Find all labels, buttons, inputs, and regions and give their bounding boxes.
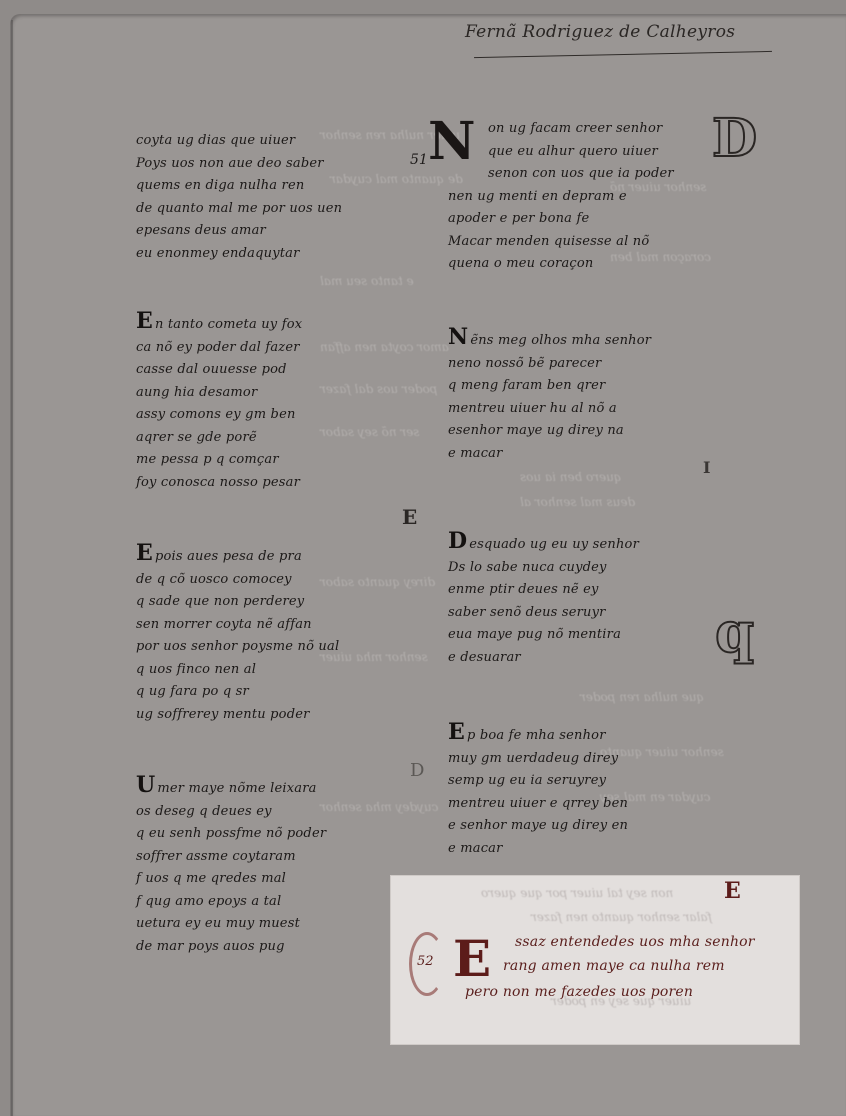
illuminated-initial-red: E: [453, 934, 491, 984]
verse-line: de q cõ uosco comocey: [136, 569, 339, 592]
verse-line: p boa fe mha senhor: [467, 728, 606, 743]
verse-line: coyta ug dias que uiuer: [136, 130, 342, 153]
verse-line: mer maye nõme leixara: [157, 781, 316, 796]
verse-line: soffrer assme coytaram: [136, 846, 326, 869]
verse-line: os deseg q deues ey: [136, 801, 326, 824]
stanza-left-1: coyta ug dias que uiuer Poys uos non aue…: [136, 130, 342, 265]
verse-line: epesans deus amar: [136, 220, 342, 243]
verse-line: pois aues pesa de pra: [155, 549, 302, 564]
verse-line: eua maye pug nõ mentira: [448, 624, 639, 647]
stanza-right-3: Desquado ug eu uy senhor Ds lo sabe nuca…: [448, 532, 639, 669]
initial-letter: D: [448, 532, 467, 550]
verse-line: q meng faram ben qrer: [448, 375, 651, 398]
verse-line: ssaz entendedes uos mha senhor: [515, 934, 755, 950]
stanza-right-1: N on ug facam creer senhor que eu alhur …: [448, 118, 674, 276]
guide-letter-red: E: [724, 878, 741, 904]
folio-number: 51: [410, 152, 428, 168]
verse-line: sen morrer coyta nẽ affan: [136, 614, 339, 637]
verse-line: f qug amo epoys a tal: [136, 891, 326, 914]
verse-line: ug soffrerey mentu poder: [136, 704, 339, 727]
verse-line: senon con uos que ia poder: [448, 163, 674, 186]
verse-line: apoder e per bona fe: [448, 208, 674, 231]
verse-line: que eu alhur quero uiuer: [448, 141, 674, 164]
verse-line: ẽns meg olhos mha senhor: [470, 333, 651, 348]
guide-letter-d: D: [712, 108, 757, 169]
highlighted-region: non sey tal uiuer por que quero falar se…: [390, 875, 800, 1045]
verse-line: aqrer se gde porẽ: [136, 427, 302, 450]
verse-line: assy comons ey gm ben: [136, 404, 302, 427]
verse-line: foy conosca nosso pesar: [136, 472, 302, 495]
verse-line: Ds lo sabe nuca cuydey: [448, 557, 639, 580]
verse-line: neno nossõ bẽ parecer: [448, 353, 651, 376]
page-edge: [11, 20, 13, 1116]
verse-line: Macar menden quisesse al nõ: [448, 231, 674, 254]
stanza-right-2: Nẽns meg olhos mha senhor neno nossõ bẽ …: [448, 328, 651, 465]
verse-line: muy gm uerdadeug direy: [448, 748, 628, 771]
guide-letter-q: q: [715, 600, 754, 666]
verse-line: e senhor maye ug direy en: [448, 815, 628, 838]
verse-line: mentreu uiuer hu al nõ a: [448, 398, 651, 421]
verse-line: saber senõ deus seruyr: [448, 602, 639, 625]
initial-letter: N: [448, 328, 468, 346]
verse-line: semp ug eu ia seruyrey: [448, 770, 628, 793]
verse-line: eu enonmey endaquytar: [136, 243, 342, 266]
guide-letter-i: I: [703, 458, 710, 477]
verse-line: q ug fara po q sr: [136, 681, 339, 704]
verse-line: por uos senhor poysme nõ ual: [136, 636, 339, 659]
verse-line: aung hia desamor: [136, 382, 302, 405]
verse-line: esenhor maye ug direy na: [448, 420, 651, 443]
verse-line: de quanto mal me por uos uen: [136, 198, 342, 221]
verse-line: pero non me fazedes uos poren: [465, 984, 693, 1000]
verse-line: me pessa p q comçar: [136, 449, 302, 472]
verse-line: uetura ey eu muy muest: [136, 913, 326, 936]
verse-line: mentreu uiuer e qrrey ben: [448, 793, 628, 816]
verse-line: e macar: [448, 443, 651, 466]
verse-line: quems en diga nulha ren: [136, 175, 342, 198]
verse-line: n tanto cometa uy fox: [155, 317, 302, 332]
author-heading: Fernã Rodriguez de Calheyros: [465, 22, 735, 42]
verse-line: e desuarar: [448, 647, 639, 670]
initial-letter: E: [448, 723, 465, 741]
initial-letter: E: [136, 312, 153, 330]
verse-line: rang amen maye ca nulha rem: [503, 958, 725, 974]
verse-line: enme ptir deues nẽ ey: [448, 579, 639, 602]
verse-line: f uos q me qredes mal: [136, 868, 326, 891]
verse-line: casse dal ouuesse pod: [136, 359, 302, 382]
verse-line: nen ug menti en depram e: [448, 186, 674, 209]
verse-line: Poys uos non aue deo saber: [136, 153, 342, 176]
guide-letter-e: E: [402, 505, 417, 529]
verse-line: q sade que non perderey: [136, 591, 339, 614]
stanza-left-2: En tanto cometa uy fox ca nõ ey poder da…: [136, 312, 302, 494]
folio-number: 52: [417, 954, 434, 969]
verse-line: esquado ug eu uy senhor: [469, 537, 639, 552]
verse-line: quena o meu coraçon: [448, 253, 674, 276]
verse-line: on ug facam creer senhor: [448, 118, 674, 141]
verse-line: e macar: [448, 838, 628, 861]
stanza-right-4: Ep boa fe mha senhor muy gm uerdadeug di…: [448, 723, 628, 860]
stanza-left-4: Umer maye nõme leixara os deseg q deues …: [136, 776, 326, 958]
initial-letter: U: [136, 776, 155, 794]
verse-line: q eu senh possfme nõ poder: [136, 823, 326, 846]
initial-letter: E: [136, 544, 153, 562]
guide-letter-d-faint: D: [410, 760, 424, 781]
verse-line: de mar poys auos pug: [136, 936, 326, 959]
verse-line: q uos finco nen al: [136, 659, 339, 682]
illuminated-initial: N: [428, 112, 476, 172]
verse-line: ca nõ ey poder dal fazer: [136, 337, 302, 360]
stanza-left-3: Epois aues pesa de pra de q cõ uosco com…: [136, 544, 339, 726]
